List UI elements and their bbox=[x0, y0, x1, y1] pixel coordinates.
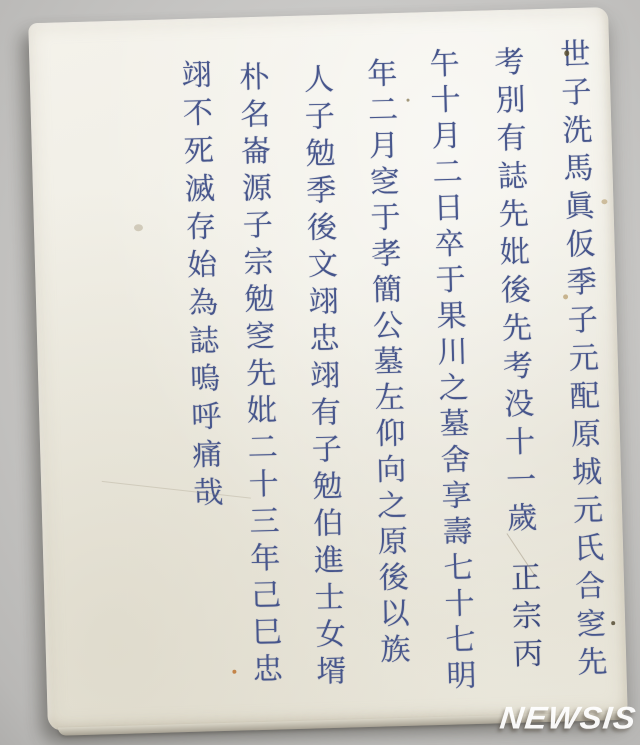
inscription-column-7: 翊不死滅存始為誌嗚呼痛哉 bbox=[170, 58, 227, 515]
stain-speck bbox=[601, 199, 607, 204]
inscription-column-3: 午十月二日卒于果川之墓舍享壽七十七明 bbox=[418, 47, 480, 696]
newsis-watermark: NEWSIS bbox=[498, 700, 638, 736]
stain-speck bbox=[134, 224, 143, 231]
stain-speck bbox=[611, 621, 615, 625]
inscription-column-6: 朴名崙源子宗勉窆先妣二十三年己巳忠 bbox=[228, 61, 286, 691]
inscription-column-5: 人子勉季後文翊忠翊有子勉伯進士女壻 bbox=[293, 63, 350, 693]
inscription-column-2b: 正宗丙 bbox=[499, 561, 546, 676]
stain-speck bbox=[564, 50, 569, 56]
stain-speck bbox=[406, 99, 409, 102]
photo-background: 世子洗馬眞仮季子元配原城元氏合窆先 考別有誌先妣後先考没十一歲 正宗丙 午十月二… bbox=[0, 0, 640, 745]
glaze-crack-line bbox=[102, 481, 251, 499]
inscription-column-4: 年二月窆于孝簡公墓左仰向之原後以族 bbox=[356, 57, 414, 670]
inscription-column-2a: 考別有誌先妣後先考没十一歲 bbox=[483, 45, 541, 540]
stain-speck bbox=[232, 670, 236, 674]
inscription-column-1: 世子洗馬眞仮季子元配原城元氏合窆先 bbox=[549, 37, 611, 684]
epitaph-tablet: 世子洗馬眞仮季子元配原城元氏合窆先 考別有誌先妣後先考没十一歲 正宗丙 午十月二… bbox=[28, 7, 628, 731]
